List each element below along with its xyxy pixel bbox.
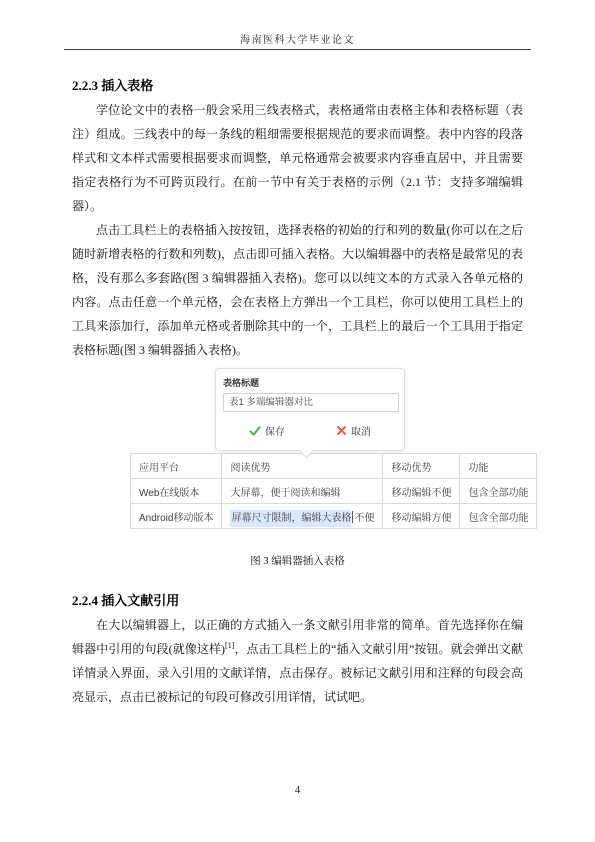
cell: Android移动版本 bbox=[131, 504, 222, 529]
citation-ref-marker: [1] bbox=[225, 641, 234, 650]
selected-text: 屏幕尺寸限制，编辑大表格 bbox=[230, 510, 351, 527]
save-button-label: 保存 bbox=[265, 423, 285, 438]
save-button: 保存 bbox=[249, 423, 285, 438]
table-row-android: Android移动版本 屏幕尺寸限制，编辑大表格不便 移动编辑方便 包含全部功能 bbox=[131, 504, 537, 529]
section-heading-2-2-4: 2.2.4 插入文献引用 bbox=[72, 592, 523, 609]
text-after-cursor: 不便 bbox=[354, 513, 374, 524]
table-row-web: Web在线版本 大屏幕，便于阅读和编辑 移动编辑不便 包含全部功能 bbox=[131, 479, 537, 504]
page-number: 4 bbox=[0, 784, 595, 796]
cell: 移动编辑方便 bbox=[383, 504, 460, 529]
cell: 移动编辑不便 bbox=[383, 479, 460, 504]
cell: 包含全部功能 bbox=[460, 479, 537, 504]
popup-button-row: 保存 取消 bbox=[223, 423, 397, 438]
table-title-popup: 表格标题 表1 多端编辑器对比 保存 bbox=[215, 368, 405, 451]
header-cell-mobile: 移动优势 bbox=[383, 454, 460, 479]
cancel-button: 取消 bbox=[336, 423, 371, 438]
cell: 包含全部功能 bbox=[460, 504, 537, 529]
table-title-input: 表1 多端编辑器对比 bbox=[223, 393, 399, 412]
cell: 大屏幕，便于阅读和编辑 bbox=[222, 479, 383, 504]
document-page: 海南医科大学毕业论文 2.2.3 插入表格 学位论文中的表格一般会采用三线表格式… bbox=[0, 0, 595, 842]
running-header: 海南医科大学毕业论文 bbox=[0, 31, 595, 46]
paragraph-tables-2: 点击工具栏上的表格插入按按钮，选择表格的初始的行和列的数量(你可以在之后随时新增… bbox=[72, 218, 523, 362]
header-cell-reading: 阅读优势 bbox=[222, 454, 383, 479]
cancel-button-label: 取消 bbox=[351, 423, 371, 438]
page-content: 2.2.3 插入表格 学位论文中的表格一般会采用三线表格式，表格通常由表格主体和… bbox=[72, 77, 523, 709]
table-title-label: 表格标题 bbox=[223, 376, 397, 389]
paragraph-tables-1: 学位论文中的表格一般会采用三线表格式，表格通常由表格主体和表格标题（表注）组成。… bbox=[72, 98, 523, 218]
section-heading-2-2-3: 2.2.3 插入表格 bbox=[72, 77, 523, 94]
figure-caption: 图 3 编辑器插入表格 bbox=[72, 553, 523, 568]
cell-with-selection: 屏幕尺寸限制，编辑大表格不便 bbox=[222, 504, 383, 529]
header-cell-platform: 应用平台 bbox=[131, 454, 222, 479]
x-icon bbox=[336, 425, 347, 436]
check-icon bbox=[249, 425, 261, 437]
paragraph-citations: 在大以编辑器上，以正确的方式插入一条文献引用非常的简单。首先选择你在编辑器中引用… bbox=[72, 613, 523, 709]
cell: Web在线版本 bbox=[131, 479, 222, 504]
header-rule bbox=[64, 49, 531, 50]
figure-editor-table-screenshot: 表格标题 表1 多端编辑器对比 保存 bbox=[72, 368, 523, 568]
editor-comparison-table: 应用平台 阅读优势 移动优势 功能 Web在线版本 大屏幕，便于阅读和编辑 移动… bbox=[130, 453, 537, 529]
table-header-row: 应用平台 阅读优势 移动优势 功能 bbox=[131, 454, 537, 479]
header-cell-features: 功能 bbox=[460, 454, 537, 479]
